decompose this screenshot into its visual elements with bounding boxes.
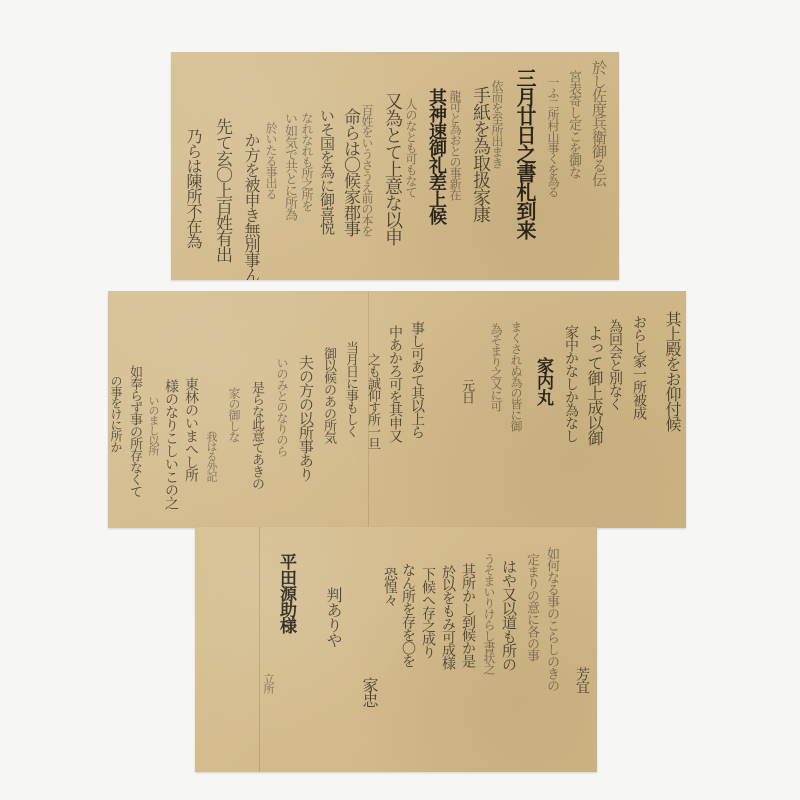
- calligraphy-column: 様のなりこしいこの之: [164, 379, 178, 509]
- top-letter-fragment: 於し佐度兵衛御る伝宮表寄し定こを御な一ふ二所村山事くを為る三月廿日之書札到来依而…: [171, 52, 619, 280]
- calligraphy-column: い如気で共とに所為: [283, 112, 296, 220]
- calligraphy-column: 為回会と別なく: [608, 319, 622, 410]
- calligraphy-column: か方を被申き無別事ん: [243, 132, 259, 280]
- calligraphy-column: 是らな此意てあきの: [250, 381, 263, 489]
- calligraphy-column: 之も誠仰す所一旦: [366, 353, 379, 449]
- calligraphy-column: 元日: [460, 379, 473, 403]
- calligraphy-column: 於し佐度兵衛御る伝: [591, 60, 606, 186]
- calligraphy-column: 其神速御礼差上候: [427, 88, 445, 224]
- bottom-letter-fragment: 芳宜如何なる事のこらしのきの定まりの意に各の事はや又以道も所のうそまいりけらし書…: [195, 527, 597, 772]
- calligraphy-column: 為そまり之又に可: [490, 323, 502, 411]
- calligraphy-column: 立所: [263, 673, 274, 693]
- calligraphy-column: 又為とて上意な以申: [383, 92, 401, 245]
- calligraphy-column: 其上殿をお仰付候: [664, 311, 680, 431]
- calligraphy-column: おらし家一所被成: [632, 315, 646, 419]
- calligraphy-column: なん所を存を〇を: [401, 563, 415, 667]
- calligraphy-column: 如何なる事のこらしのきの: [545, 547, 558, 691]
- calligraphy-column: よって御上成以御: [586, 325, 602, 445]
- calligraphy-column: いのみとのなりのら: [276, 357, 288, 456]
- calligraphy-column: 夫の方の以所事あり: [298, 355, 313, 481]
- calligraphy-column: 恐惶々: [383, 567, 397, 606]
- calligraphy-column: 家中かなしか為なし: [564, 325, 578, 442]
- calligraphy-column: まくされぬ為の皆に御: [510, 321, 522, 431]
- calligraphy-column: 乃らは陳所不在為: [185, 128, 201, 248]
- calligraphy-column: 人のなとも可もなて: [405, 98, 417, 197]
- calligraphy-column: 如奉らず事の所存なくて: [128, 365, 141, 497]
- fold-line: [259, 527, 260, 772]
- calligraphy-column: 御以候のあの所気: [322, 347, 335, 443]
- calligraphy-column: 於以をもみ可成様: [441, 565, 455, 669]
- calligraphy-column: 家内丸: [534, 357, 551, 405]
- calligraphy-column: 依而を至所出まき: [491, 80, 503, 168]
- calligraphy-column: 手紙を為取扱家康: [471, 86, 489, 222]
- calligraphy-column: 定まりの意に各の事: [525, 553, 538, 661]
- calligraphy-column: 事し可あて其以上ら: [410, 321, 424, 438]
- calligraphy-column: 家忠: [361, 677, 377, 707]
- calligraphy-column: はや又以道も所の: [501, 559, 516, 671]
- calligraphy-column: 宮表寄し定こを御な: [567, 70, 580, 178]
- calligraphy-column: いのまし以所: [148, 395, 159, 455]
- calligraphy-column: 平田源助様: [277, 553, 294, 633]
- calligraphy-column: なれなれも所之所を: [301, 112, 313, 211]
- fold-line: [368, 291, 369, 528]
- calligraphy-column: うそまいりけらし書状之: [483, 553, 495, 674]
- calligraphy-column: 於いたる事出る: [265, 122, 277, 199]
- calligraphy-column: 百姓をいうさうえ前の本を: [361, 104, 373, 236]
- calligraphy-column: 我はる外記: [206, 431, 217, 481]
- calligraphy-column: の事をけに所か: [110, 375, 122, 452]
- middle-letter-fragment: 其上殿をお仰付候おらし家一所被成為回会と別なくよって御上成以御家中かなしか為なし…: [108, 291, 686, 528]
- calligraphy-column: 芳宜: [575, 667, 589, 693]
- calligraphy-column: 家の御しな: [228, 387, 240, 442]
- calligraphy-column: いそ国を為に御喜悦: [319, 108, 334, 234]
- calligraphy-column: 当月日に事もしく: [344, 341, 357, 437]
- calligraphy-column: 中あかろ可を其申又: [388, 325, 402, 442]
- calligraphy-column: 下候へ存之成り: [421, 567, 435, 658]
- calligraphy-column: 龍可と為おとの事新在: [449, 90, 461, 200]
- calligraphy-column: 三月廿日之書札到来: [515, 68, 535, 239]
- calligraphy-column: 一ふ二所村山事くを為る: [547, 76, 559, 197]
- calligraphy-column: 東林のいまへし所: [184, 377, 198, 481]
- calligraphy-column: 其所かし到候か是: [461, 563, 475, 667]
- calligraphy-column: 先て玄〇上百姓有出: [213, 118, 230, 262]
- calligraphy-column: 判ありや: [325, 587, 341, 647]
- calligraphy-column: 命らは〇候家郡事: [341, 108, 358, 236]
